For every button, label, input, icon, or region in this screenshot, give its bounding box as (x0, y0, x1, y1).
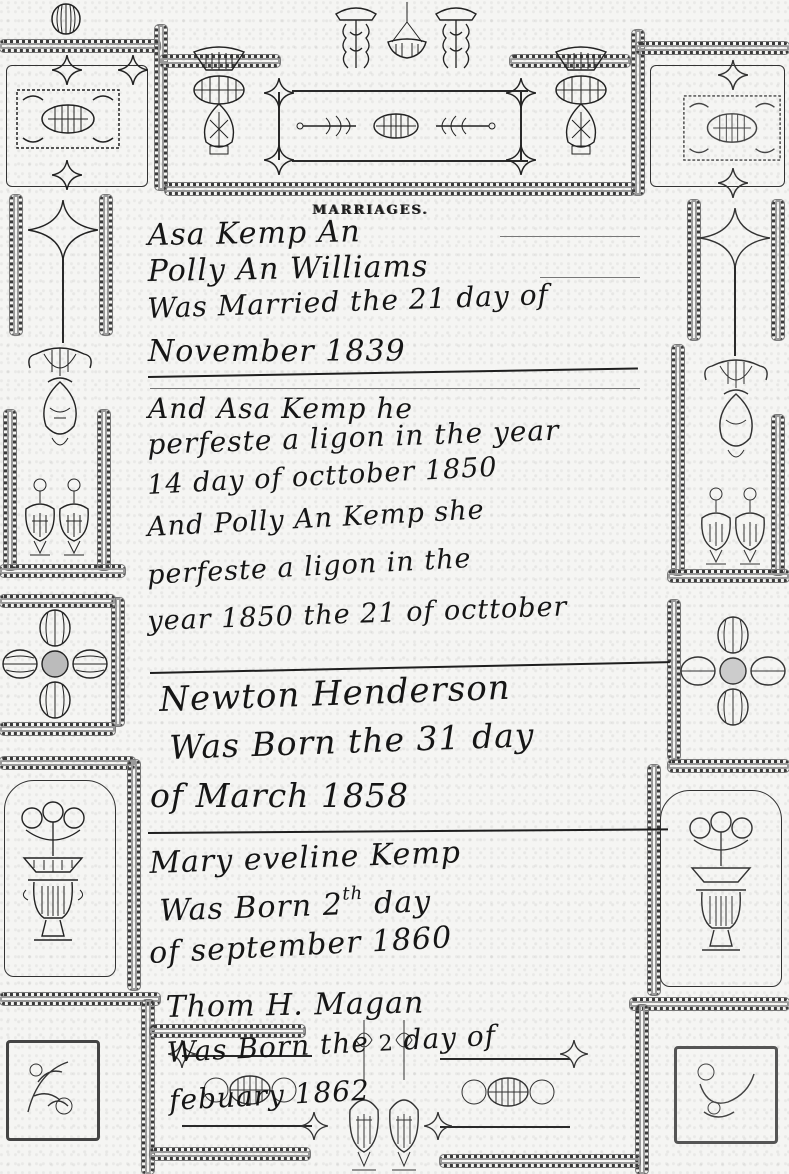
right-chain-10 (636, 1005, 648, 1174)
register-page: MARRIAGES. Asa Kemp An Polly An Williams… (0, 0, 789, 1174)
entry-line: perfeste a ligon in the (146, 543, 472, 591)
entry-line: febuary 1862 (168, 1074, 370, 1117)
entry-line: Asa Kemp An (147, 214, 361, 253)
melon-icon (50, 2, 82, 36)
bottom-frame-bot-right (440, 1126, 570, 1128)
entry-text: day of (403, 1019, 497, 1057)
left-chain-outer-2 (4, 410, 16, 570)
entry-line: Was Born 2th day (159, 881, 432, 929)
entry-line: of september 1860 (148, 920, 453, 971)
entry-text: 2 (378, 1031, 394, 1057)
top-center-frame-bottom (292, 160, 528, 162)
entry-line: November 1839 (148, 334, 406, 369)
ruled-line (500, 236, 640, 237)
top-chain-vert-right (632, 30, 644, 195)
melon-cluster-icon (680, 615, 786, 727)
right-stem (734, 266, 736, 356)
left-chain-8 (0, 993, 160, 1005)
diamond-icon (28, 200, 98, 260)
entry-line: year 1850 the 21 of octtober (147, 591, 568, 637)
entry-line: And Polly An Kemp she (146, 494, 485, 543)
pendant-urn-icon (700, 354, 772, 464)
diamond-icon (506, 78, 536, 108)
right-chain-3 (672, 345, 684, 575)
diamond-icon (300, 1112, 328, 1140)
left-chain-cross (0, 565, 125, 577)
left-chain-inner (100, 195, 112, 335)
entry-line: Newton Henderson (159, 668, 512, 720)
right-chain-8 (648, 765, 660, 995)
hanging-urn-icon (554, 42, 608, 160)
diamond-icon (424, 1112, 452, 1140)
hanging-urn-icon (192, 42, 246, 160)
entry-line: Mary eveline Kemp (149, 835, 462, 881)
garland-melon-icon (458, 1074, 558, 1110)
entry-divider (148, 828, 668, 834)
right-chain-4 (772, 415, 784, 575)
top-chain-vert-left (155, 25, 167, 190)
left-chain-6 (0, 757, 135, 769)
left-chain-inner-2 (98, 410, 110, 570)
diamond-icon (52, 160, 82, 190)
bottom-chain-left-2 (150, 1148, 310, 1160)
right-chain-9 (630, 998, 789, 1010)
ruled-line (150, 388, 640, 389)
twin-urns-icon (22, 475, 92, 560)
diamond-icon (52, 55, 82, 85)
ruled-line (540, 277, 640, 278)
entry-text: Was Born 2 (159, 887, 344, 928)
acanthus-medallion-icon (15, 88, 121, 150)
left-chain-7 (128, 760, 140, 990)
diamond-icon (506, 145, 536, 175)
flower-vase-icon (18, 800, 88, 950)
left-chain-3 (112, 598, 124, 726)
acanthus-icon (434, 4, 478, 72)
pendant-urn-icon (24, 342, 96, 452)
diamond-icon (264, 145, 294, 175)
diamond-icon (700, 208, 770, 268)
right-chain-1 (688, 200, 700, 340)
left-chain-5 (0, 723, 115, 735)
left-chain-4 (0, 595, 115, 607)
acanthus-medallion-icon (682, 92, 782, 164)
right-chain-6 (668, 600, 680, 760)
left-chain-outer (10, 195, 22, 335)
ordinal-suffix: th (342, 883, 364, 905)
diamond-icon (718, 60, 748, 90)
diamond-icon (718, 168, 748, 198)
floral-medallion-icon (688, 1058, 758, 1126)
diamond-icon (264, 78, 294, 108)
entry-line: Thom H. Magan (165, 985, 424, 1025)
flower-vase-icon (686, 810, 756, 960)
entry-line: of March 1858 (150, 776, 409, 815)
twin-urns-icon (698, 484, 768, 569)
left-stem (62, 258, 64, 343)
diamond-icon (118, 55, 148, 85)
top-chain-mid (165, 183, 635, 195)
acanthus-icon (334, 4, 378, 72)
diamond-icon (560, 1040, 588, 1068)
garland-melon-icon (296, 112, 496, 140)
top-chain-right (636, 42, 789, 54)
entry-line: Was Born the 31 day (169, 715, 535, 767)
right-chain-5 (668, 570, 789, 582)
top-chain-left (0, 40, 160, 52)
hanging-lamp-icon (384, 2, 430, 60)
top-center-frame-top (292, 90, 528, 92)
right-chain-7 (668, 760, 789, 772)
entry-text: day (373, 884, 431, 921)
right-chain-2 (772, 200, 784, 340)
floral-medallion-icon (18, 1052, 84, 1124)
bottom-frame-bot-left (182, 1125, 312, 1127)
bottom-chain-right (440, 1155, 640, 1167)
melon-cluster-icon (2, 608, 108, 720)
bottom-frame-top-right (440, 1058, 570, 1060)
